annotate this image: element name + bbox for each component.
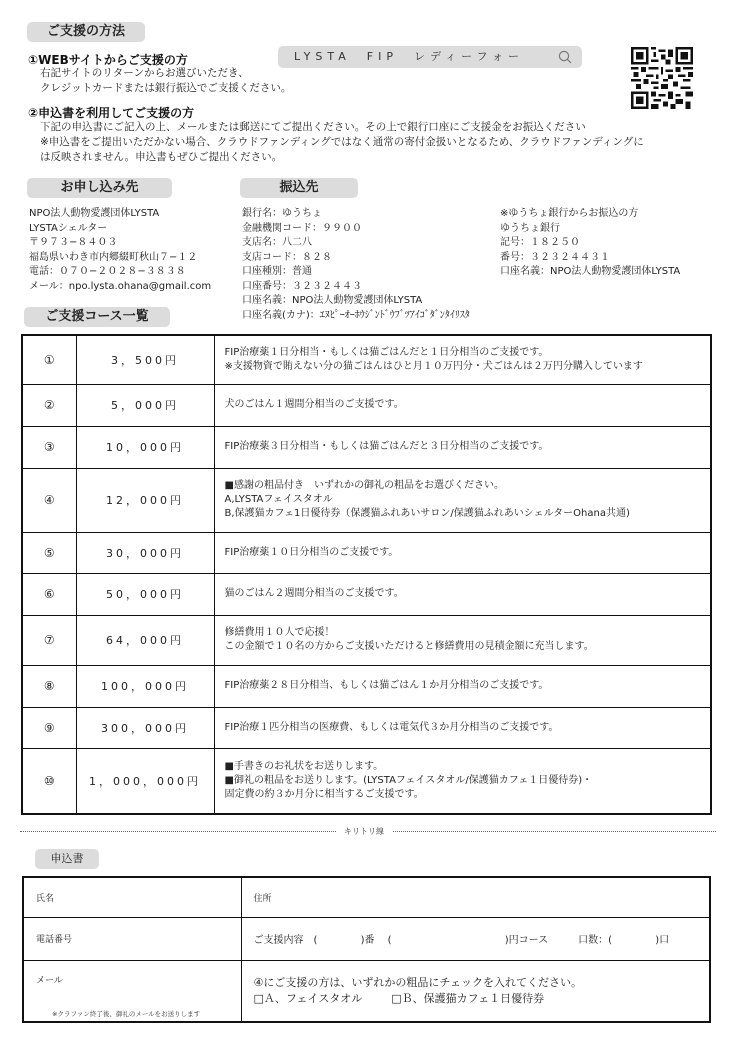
gift-selection-field: ④にご支援の方は、いずれかの粗品にチェックを入れてください。 □Ａ、フェイスタオ…	[241, 960, 710, 1022]
course-amount: 1，000，000円	[76, 748, 214, 814]
desc-line: ■感謝の粗品付き いずれかの御礼の粗品をお選びください。	[225, 479, 711, 493]
table-row: ⑦ 64，000円 修繕費用１０人で応援！ この金額で１０名の方からご支援いただ…	[22, 615, 711, 665]
org-name: NPO法人動物愛護団体LYSTA	[29, 207, 211, 222]
course-amount: 100，000円	[76, 665, 214, 707]
desc-line: 猫のごはん２週間分相当のご支援です。	[225, 587, 711, 601]
course-number: ①	[22, 335, 76, 384]
section-apply-title: お申し込み先	[27, 178, 172, 198]
desc-line: ※支援物資で賄えない分の猫ごはんはひと月１０万円分・犬ごはんは２万円分購入してい…	[225, 360, 711, 374]
course-description: 犬のごはん１週間分相当のご支援です。	[214, 384, 711, 426]
course-amount: 5，000円	[76, 384, 214, 426]
table-row: ⑩ 1，000，000円 ■手書きのお礼状をお送りします。 ■御礼の粗品をお送り…	[22, 748, 711, 814]
yucho-number: 番号：３２３２４４３１	[500, 251, 680, 266]
desc-line: FIP治療薬２８日分相当、もしくは猫ごはん１か月分相当のご支援です。	[225, 679, 711, 693]
table-row: ⑨ 300，000円 FIP治療１匹分相当の医療費、もしくは電気代３か月分相当の…	[22, 707, 711, 748]
form-support-line: 下記の申込書にご記入の上、メールまたは郵送にてご提出ください。その上で銀行口座に…	[40, 120, 644, 135]
course-number: ⑧	[22, 665, 76, 707]
web-support-text: 右記サイトのリターンからお選びいただき、 クレジットカードまたは銀行振込でご支援…	[40, 66, 291, 96]
form-row: 氏名 住所	[23, 877, 710, 917]
shelter-name: LYSTAシェルター	[29, 222, 211, 237]
course-amount: 50，000円	[76, 573, 214, 615]
course-description: 修繕費用１０人で応援！ この金額で１０名の方からご支援いただけると修繕費用の見積…	[214, 615, 711, 665]
course-amount: 3，500円	[76, 335, 214, 384]
web-support-line: クレジットカードまたは銀行振込でご支援ください。	[40, 81, 291, 96]
bank-code: 金融機関コード：９９００	[242, 222, 470, 237]
search-text: LYSTA FIP レディーフォー	[294, 50, 524, 63]
transfer-account-block: 銀行名：ゆうちょ 金融機関コード：９９００ 支店名：八二八 支店コード：８２８ …	[242, 207, 470, 323]
phone: 電話：０７０−２０２８−３８３８	[29, 265, 211, 280]
table-row: ⑤ 30，000円 FIP治療薬１０日分相当のご支援です。	[22, 532, 711, 573]
email-note: ※クラファン終了後、御礼のメールをお送りします	[52, 1009, 200, 1018]
form-support-heading: ②申込書を利用してご支援の方	[28, 104, 194, 121]
support-content-text: ご支援内容 ( )番 ( )円コース 口数：( )口	[254, 935, 670, 946]
course-amount: 64，000円	[76, 615, 214, 665]
table-row: ⑧ 100，000円 FIP治療薬２８日分相当、もしくは猫ごはん１か月分相当のご…	[22, 665, 711, 707]
desc-line: A,LYSTAフェイスタオル	[225, 493, 711, 507]
course-description: FIP治療薬１０日分相当のご支援です。	[214, 532, 711, 573]
gift-option-b-checkbox[interactable]: □Ｂ、保護猫カフェ１日優待券	[391, 992, 544, 1005]
desc-line: FIP治療１匹分相当の医療費、もしくは電気代３か月分相当のご支援です。	[225, 721, 711, 735]
course-description: FIP治療１匹分相当の医療費、もしくは電気代３か月分相当のご支援です。	[214, 707, 711, 748]
address-label: 住所	[254, 894, 272, 904]
course-number: ⑩	[22, 748, 76, 814]
apply-address-block: NPO法人動物愛護団体LYSTA LYSTAシェルター 〒９７３−８４０３ 福島…	[29, 207, 211, 294]
section-courses-title: ご支援コース一覧	[24, 307, 170, 327]
course-amount: 300，000円	[76, 707, 214, 748]
application-form-table: 氏名 住所 電話番号 ご支援内容 ( )番 ( )円コース 口数：( )口 メー…	[22, 876, 711, 1023]
course-description: FIP治療薬２８日分相当、もしくは猫ごはん１か月分相当のご支援です。	[214, 665, 711, 707]
course-description: ■感謝の粗品付き いずれかの御礼の粗品をお選びください。 A,LYSTAフェイス…	[214, 468, 711, 532]
form-support-text: 下記の申込書にご記入の上、メールまたは郵送にてご提出ください。その上で銀行口座に…	[40, 120, 644, 165]
qr-code-icon[interactable]	[631, 47, 693, 109]
application-form-title: 申込書	[35, 849, 99, 869]
account-holder: 口座名義：NPO法人動物愛護団体LYSTA	[242, 294, 470, 309]
yucho-holder: 口座名義：NPO法人動物愛護団体LYSTA	[500, 265, 680, 280]
courses-table: ① 3，500円 FIP治療薬１日分相当・もしくは猫ごはんだと１日分相当のご支援…	[21, 334, 712, 815]
course-description: FIP治療薬３日分相当・もしくは猫ごはんだと３日分相当のご支援です。	[214, 426, 711, 468]
cut-line-label: キリトリ線	[336, 826, 392, 837]
desc-line: 修繕費用１０人で応援！	[225, 626, 711, 640]
course-description: 猫のごはん２週間分相当のご支援です。	[214, 573, 711, 615]
search-bar[interactable]: LYSTA FIP レディーフォー	[278, 46, 582, 68]
form-support-line: は反映されません。申込書もぜひご提出ください。	[40, 150, 644, 165]
course-number: ③	[22, 426, 76, 468]
email[interactable]: メール：npo.lysta.ohana@gmail.com	[29, 280, 211, 295]
address: 福島県いわき市内郷綴町秋山７−１２	[29, 251, 211, 266]
desc-line: FIP治療薬１０日分相当のご支援です。	[225, 546, 711, 560]
form-support-line: ※申込書をご提出いただかない場合、クラウドファンディングではなく通常の寄付金扱い…	[40, 135, 644, 150]
form-row: 電話番号 ご支援内容 ( )番 ( )円コース 口数：( )口	[23, 917, 710, 960]
support-content-field[interactable]: ご支援内容 ( )番 ( )円コース 口数：( )口	[241, 917, 710, 960]
yucho-account-block: ※ゆうちょ銀行からお振込の方 ゆうちょ銀行 記号：１８２５０ 番号：３２３２４４…	[500, 207, 680, 280]
yucho-note: ※ゆうちょ銀行からお振込の方	[500, 207, 680, 222]
branch-code: 支店コード：８２８	[242, 251, 470, 266]
yucho-symbol: 記号：１８２５０	[500, 236, 680, 251]
form-row: メール ※クラファン終了後、御礼のメールをお送りします ④にご支援の方は、いずれ…	[23, 960, 710, 1022]
table-row: ⑥ 50，000円 猫のごはん２週間分相当のご支援です。	[22, 573, 711, 615]
course-number: ④	[22, 468, 76, 532]
course-amount: 10，000円	[76, 426, 214, 468]
table-row: ② 5，000円 犬のごはん１週間分相当のご支援です。	[22, 384, 711, 426]
web-support-line: 右記サイトのリターンからお選びいただき、	[40, 66, 291, 81]
address-field[interactable]: 住所	[241, 877, 710, 917]
email-label: メール	[36, 973, 241, 986]
desc-line: ■手書きのお礼状をお送りします。	[225, 760, 711, 774]
table-row: ③ 10，000円 FIP治療薬３日分相当・もしくは猫ごはんだと３日分相当のご支…	[22, 426, 711, 468]
section-transfer-title: 振込先	[240, 178, 358, 198]
course-number: ②	[22, 384, 76, 426]
branch-name: 支店名：八二八	[242, 236, 470, 251]
name-field[interactable]: 氏名	[23, 877, 241, 917]
account-type: 口座種別：普通	[242, 265, 470, 280]
phone-field[interactable]: 電話番号	[23, 917, 241, 960]
desc-line: FIP治療薬１日分相当・もしくは猫ごはんだと１日分相当のご支援です。	[225, 346, 711, 360]
gift-option-a-checkbox[interactable]: □Ａ、フェイスタオル	[254, 992, 363, 1005]
desc-line: ■御礼の粗品をお送りします。(LYSTAフェイスタオル/保護猫カフェ１日優待券)…	[225, 774, 711, 788]
course-amount: 12，000円	[76, 468, 214, 532]
course-number: ⑦	[22, 615, 76, 665]
course-description: FIP治療薬１日分相当・もしくは猫ごはんだと１日分相当のご支援です。 ※支援物資…	[214, 335, 711, 384]
email-field[interactable]: メール ※クラファン終了後、御礼のメールをお送りします	[23, 960, 241, 1022]
desc-line: この金額で１０名の方からご支援いただけると修繕費用の見積金額に充当します。	[225, 640, 711, 654]
postal-code: 〒９７３−８４０３	[29, 236, 211, 251]
desc-line: B,保護猫カフェ1日優待券（保護猫ふれあいサロン/保護猫ふれあいシェルターOha…	[225, 507, 711, 521]
course-amount: 30，000円	[76, 532, 214, 573]
gift-instruction: ④にご支援の方は、いずれかの粗品にチェックを入れてください。	[254, 975, 710, 991]
table-row: ① 3，500円 FIP治療薬１日分相当・もしくは猫ごはんだと１日分相当のご支援…	[22, 335, 711, 384]
bank-name: 銀行名：ゆうちょ	[242, 207, 470, 222]
course-number: ⑨	[22, 707, 76, 748]
account-number: 口座番号：３２３２４４３	[242, 280, 470, 295]
desc-line: 固定費の約３か月分に相当するご支援です。	[225, 788, 711, 802]
course-number: ⑤	[22, 532, 76, 573]
phone-label: 電話番号	[36, 935, 72, 945]
search-icon[interactable]	[558, 50, 572, 64]
course-number: ⑥	[22, 573, 76, 615]
table-row: ④ 12，000円 ■感謝の粗品付き いずれかの御礼の粗品をお選びください。 A…	[22, 468, 711, 532]
account-holder-kana: 口座名義(カナ)：ｴﾇﾋﾟｰｵｰﾎｳｼﾞﾝﾄﾞｳﾌﾞﾂｱｲｺﾞﾀﾞﾝﾀｲﾘｽﾀ	[242, 309, 470, 324]
yucho-bank: ゆうちょ銀行	[500, 222, 680, 237]
section-method-title: ご支援の方法	[27, 22, 145, 42]
name-label: 氏名	[36, 894, 54, 904]
course-description: ■手書きのお礼状をお送りします。 ■御礼の粗品をお送りします。(LYSTAフェイ…	[214, 748, 711, 814]
desc-line: FIP治療薬３日分相当・もしくは猫ごはんだと３日分相当のご支援です。	[225, 440, 711, 454]
gift-options: □Ａ、フェイスタオル □Ｂ、保護猫カフェ１日優待券	[254, 991, 710, 1007]
desc-line: 犬のごはん１週間分相当のご支援です。	[225, 398, 711, 412]
